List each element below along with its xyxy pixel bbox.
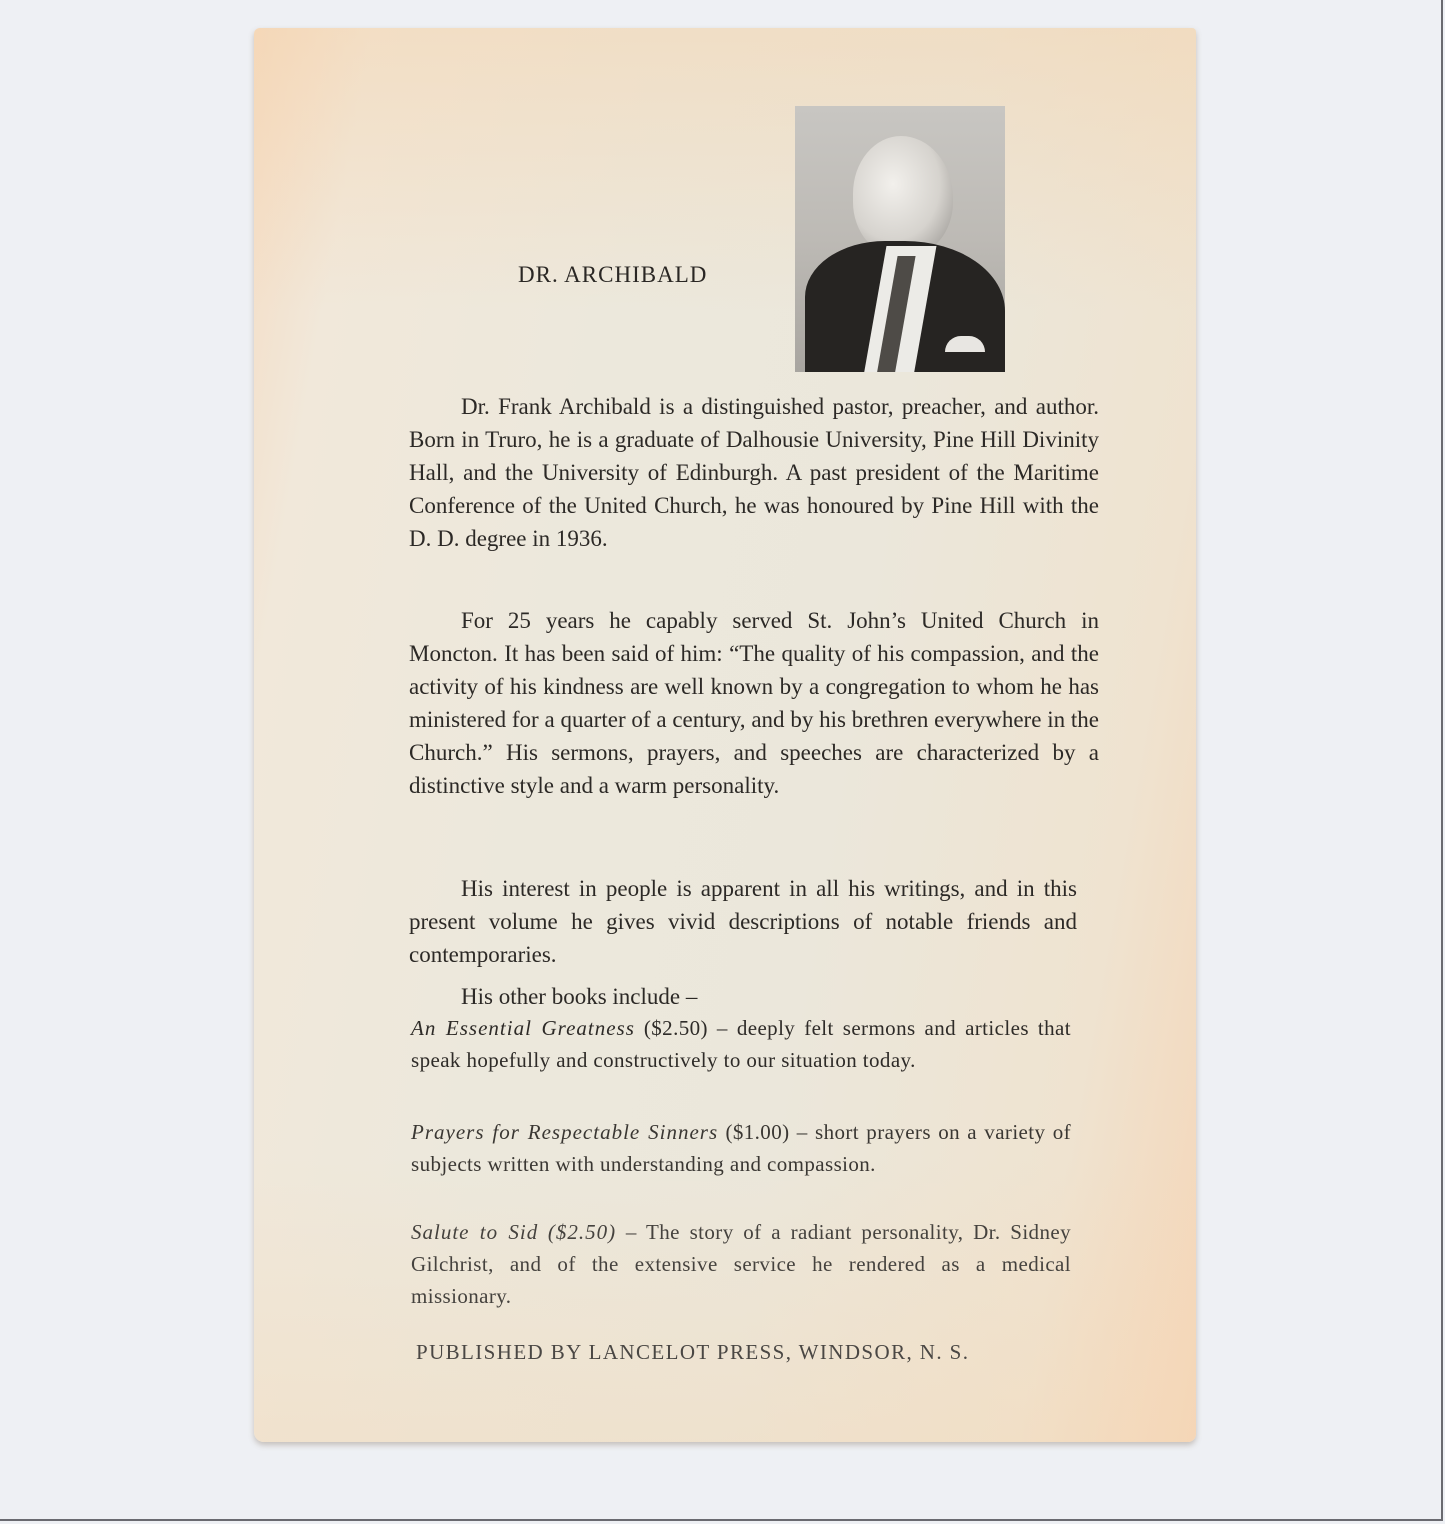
book-entry: Prayers for Respectable Sinners ($1.00) … bbox=[411, 1116, 1071, 1180]
other-books-intro: His other books include – bbox=[409, 980, 1099, 1013]
book-entry: An Essential Greatness ($2.50) – deeply … bbox=[411, 1012, 1071, 1076]
book-title: Prayers for Respectable Sinners bbox=[411, 1120, 718, 1144]
bio-paragraph-3: His interest in people is apparent in al… bbox=[409, 872, 1077, 971]
book-entry: Salute to Sid ($2.50) – The story of a r… bbox=[411, 1216, 1071, 1312]
book-price: ($2.50) bbox=[548, 1220, 616, 1244]
book-price: ($1.00) bbox=[725, 1120, 789, 1144]
book-price: ($2.50) bbox=[644, 1016, 708, 1040]
book-title: An Essential Greatness bbox=[411, 1016, 635, 1040]
author-heading: DR. ARCHIBALD bbox=[518, 262, 707, 288]
photo-head-shape bbox=[853, 136, 953, 256]
author-photo bbox=[795, 106, 1005, 372]
bio-paragraph-2: For 25 years he capably served St. John’… bbox=[409, 604, 1099, 802]
book-title: Salute to Sid bbox=[411, 1220, 538, 1244]
publisher-line: PUBLISHED BY LANCELOT PRESS, WINDSOR, N.… bbox=[416, 1340, 969, 1365]
bio-paragraph-1: Dr. Frank Archibald is a distinguished p… bbox=[409, 390, 1099, 555]
